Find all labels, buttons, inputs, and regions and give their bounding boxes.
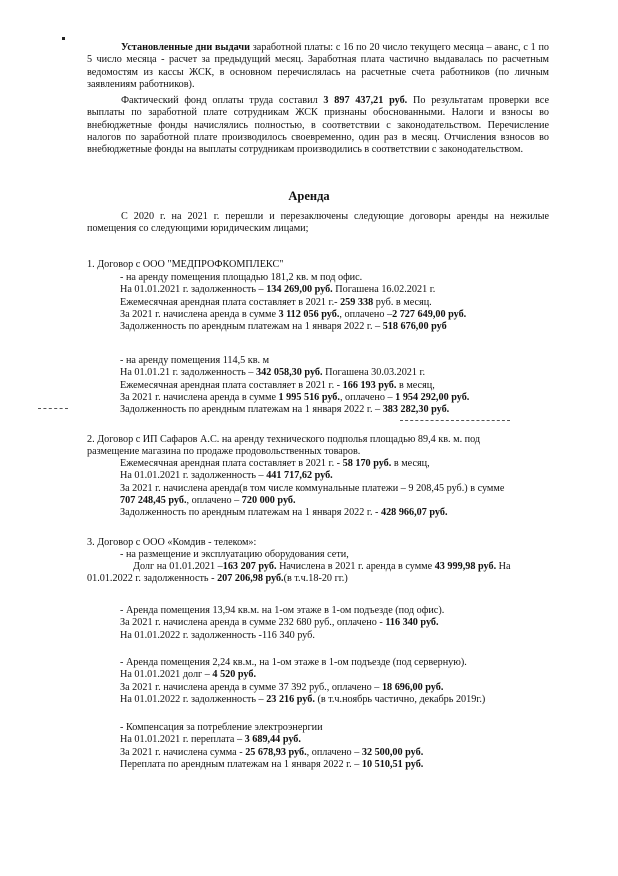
text-line: - Компенсация за потребление электроэнер… bbox=[120, 722, 323, 734]
text-line: За 2021 г. начислена аренда в сумме 37 3… bbox=[120, 682, 443, 694]
amount: 3 112 056 руб. bbox=[279, 309, 340, 320]
text-line: На 01.01.2021 г. задолженность – 441 717… bbox=[120, 470, 333, 482]
text: - Аренда помещения 2,24 кв.м., на 1-ом э… bbox=[120, 657, 467, 668]
text-line: За 2021 г. начислена аренда в сумме 3 11… bbox=[120, 309, 466, 321]
text-line: За 2021 г. начислена сумма - 25 678,93 р… bbox=[120, 747, 423, 759]
text: На 01.01.21 г. задолженность – bbox=[120, 367, 256, 378]
amount: 3 689,44 руб. bbox=[245, 734, 301, 745]
text: , оплачено – bbox=[187, 495, 242, 506]
text-line: - Аренда помещения 13,94 кв.м. на 1-ом э… bbox=[120, 605, 444, 617]
text: За 2021 г. начислена аренда(в том числе … bbox=[120, 483, 504, 494]
text: Ежемесячная арендная плата составляет в … bbox=[120, 297, 340, 308]
text: Задолженность по арендным платежам на 1 … bbox=[120, 507, 381, 518]
amount: 23 216 руб. bbox=[266, 694, 315, 705]
text-line: На 01.01.2021 долг – 4 520 руб. bbox=[120, 669, 256, 681]
amount: 383 282,30 руб. bbox=[383, 404, 450, 415]
accrued-amount: 43 999,98 руб. bbox=[435, 561, 496, 572]
text: На 01.01.2022 г. задолженность -116 340 … bbox=[120, 630, 315, 641]
text: , оплачено - bbox=[332, 617, 386, 628]
text: На 01.01.2021 г. задолженность – bbox=[120, 284, 266, 295]
contract-3-debt-line-2: 01.01.2022 г. задолженность - 207 206,98… bbox=[87, 573, 348, 585]
scan-speck bbox=[62, 37, 65, 40]
salary-lead: Установленные дни выдачи bbox=[121, 42, 250, 53]
text: Ежемесячная арендная плата составляет в … bbox=[120, 380, 343, 391]
debt-text: 01.01.2022 г. задолженность - bbox=[87, 573, 217, 584]
amount: 18 696,00 руб. bbox=[382, 682, 443, 693]
debt-amount: 207 206,98 руб. bbox=[217, 573, 284, 584]
text-line: Задолженность по арендным платежам на 1 … bbox=[120, 404, 449, 416]
text: Погашена 30.03.2021 г. bbox=[323, 367, 426, 378]
debt-text: Начислена в 2021 г. аренда в сумме bbox=[277, 561, 435, 572]
text: - Компенсация за потребление электроэнер… bbox=[120, 722, 323, 733]
text-line: Задолженность по арендным платежам на 1 … bbox=[120, 507, 448, 519]
amount: 441 717,62 руб. bbox=[266, 470, 333, 481]
text: Ежемесячная арендная плата составляет в … bbox=[120, 458, 343, 469]
amount: 58 170 руб. bbox=[343, 458, 392, 469]
text: За 2021 г. начислена аренда в сумме 232 … bbox=[120, 617, 332, 628]
text: На 01.01.2021 г. переплата – bbox=[120, 734, 245, 745]
rent-intro: С 2020 г. на 2021 г. перешли и перезаклю… bbox=[87, 211, 549, 236]
text-line: На 01.01.2021 г. переплата – 3 689,44 ру… bbox=[120, 734, 301, 746]
amount: 166 193 руб. bbox=[343, 380, 397, 391]
text: За 2021 г. начислена аренда в сумме bbox=[120, 309, 279, 320]
text-line: Переплата по арендным платежам на 1 янва… bbox=[120, 759, 423, 771]
amount: 342 058,30 руб. bbox=[256, 367, 323, 378]
contract-3-debt-line-1: Долг на 01.01.2021 –163 207 руб. Начисле… bbox=[133, 561, 511, 573]
amount: 1 954 292,00 руб. bbox=[395, 392, 469, 403]
amount: 259 338 bbox=[340, 297, 373, 308]
contract-2-title-cont: размещение магазина по продаже продоволь… bbox=[87, 446, 360, 458]
text: в месяц, bbox=[391, 458, 429, 469]
text: - на аренду помещения площадью 181,2 кв.… bbox=[120, 272, 362, 283]
text-line: Ежемесячная арендная плата составляет в … bbox=[120, 458, 430, 470]
text-line: На 01.01.2022 г. задолженность -116 340 … bbox=[120, 630, 315, 642]
amount: 32 500,00 руб. bbox=[362, 747, 423, 758]
text: - Аренда помещения 13,94 кв.м. на 1-ом э… bbox=[120, 605, 444, 616]
text: , оплачено – bbox=[327, 682, 382, 693]
text: За 2021 г. начислена аренда в сумме bbox=[120, 392, 279, 403]
text: На 01.01.2022 г. задолженность – bbox=[120, 694, 266, 705]
text: Погашена 16.02.2021 г. bbox=[333, 284, 436, 295]
text: Переплата по арендным платежам на 1 янва… bbox=[120, 759, 362, 770]
document-page: Установленные дни выдачи заработной плат… bbox=[0, 0, 618, 876]
text: (в т.ч.ноябрь частично, декабрь 2019г.) bbox=[315, 694, 485, 705]
amount: 1 995 516 руб. bbox=[279, 392, 340, 403]
salary-paragraph-2: Фактический фонд оплаты труда составил 3… bbox=[87, 95, 549, 156]
text: За 2021 г. начислена аренда в сумме 37 3… bbox=[120, 682, 327, 693]
amount: 707 248,45 руб. bbox=[120, 495, 187, 506]
text: - на аренду помещения 114,5 кв. м bbox=[120, 355, 269, 366]
amount: 428 966,07 руб. bbox=[381, 507, 448, 518]
amount: 518 676,00 руб bbox=[383, 321, 447, 332]
salary-paragraph-1: Установленные дни выдачи заработной плат… bbox=[87, 42, 549, 91]
text: , оплачено – bbox=[307, 747, 362, 758]
text: руб. в месяц. bbox=[373, 297, 432, 308]
text-line: На 01.01.2021 г. задолженность – 134 269… bbox=[120, 284, 435, 296]
fund-lead: Фактический фонд оплаты труда составил bbox=[121, 95, 323, 106]
amount: 720 000 руб. bbox=[242, 495, 296, 506]
text-line: На 01.01.2022 г. задолженность – 23 216 … bbox=[120, 694, 485, 706]
text: , оплачено – bbox=[340, 392, 395, 403]
text: За 2021 г. начислена сумма - bbox=[120, 747, 245, 758]
contract-2-title: 2. Договор с ИП Сафаров А.С. на аренду т… bbox=[87, 434, 480, 446]
amount: 10 510,51 руб. bbox=[362, 759, 423, 770]
amount: 2 727 649,00 руб. bbox=[392, 309, 466, 320]
text-line: За 2021 г. начислена аренда в сумме 1 99… bbox=[120, 392, 469, 404]
debt-amount: 163 207 руб. bbox=[223, 561, 277, 572]
amount: 25 678,93 руб. bbox=[245, 747, 306, 758]
scan-noise bbox=[400, 420, 510, 422]
debt-text: (в т.ч.18-20 гг.) bbox=[284, 573, 348, 584]
contract-3-title: 3. Договор с ООО «Комдив - телеком»: bbox=[87, 537, 256, 549]
text: На 01.01.2021 г. задолженность – bbox=[120, 470, 266, 481]
text-line: Ежемесячная арендная плата составляет в … bbox=[120, 297, 432, 309]
debt-text: Долг на 01.01.2021 – bbox=[133, 561, 223, 572]
text-line: Ежемесячная арендная плата составляет в … bbox=[120, 380, 435, 392]
amount: 134 269,00 руб. bbox=[266, 284, 333, 295]
text-line: За 2021 г. начислена аренда(в том числе … bbox=[120, 483, 504, 495]
contract-3-subtitle: - на размещение и эксплуатацию оборудова… bbox=[120, 549, 349, 561]
amount: 116 340 руб. bbox=[385, 617, 438, 628]
debt-text: На bbox=[496, 561, 510, 572]
text-line: На 01.01.21 г. задолженность – 342 058,3… bbox=[120, 367, 425, 379]
amount: 4 520 руб. bbox=[212, 669, 256, 680]
text-line: Задолженность по арендным платежам на 1 … bbox=[120, 321, 447, 333]
text: Задолженность по арендным платежам на 1 … bbox=[120, 404, 383, 415]
text: в месяц, bbox=[396, 380, 434, 391]
text: , оплачено – bbox=[339, 309, 392, 320]
text-line: - на аренду помещения площадью 181,2 кв.… bbox=[120, 272, 362, 284]
text: На 01.01.2021 долг – bbox=[120, 669, 212, 680]
text-line: 707 248,45 руб., оплачено – 720 000 руб. bbox=[120, 495, 296, 507]
scan-noise bbox=[38, 408, 68, 410]
contract-1-title: 1. Договор с ООО "МЕДПРОФКОМПЛЕКС" bbox=[87, 259, 283, 271]
text-line: - Аренда помещения 2,24 кв.м., на 1-ом э… bbox=[120, 657, 467, 669]
text-line: За 2021 г. начислена аренда в сумме 232 … bbox=[120, 617, 439, 629]
text-line: - на аренду помещения 114,5 кв. м bbox=[120, 355, 269, 367]
text: Задолженность по арендным платежам на 1 … bbox=[120, 321, 383, 332]
section-heading-rent: Аренда bbox=[0, 190, 618, 202]
fund-amount: 3 897 437,21 руб. bbox=[323, 95, 407, 106]
